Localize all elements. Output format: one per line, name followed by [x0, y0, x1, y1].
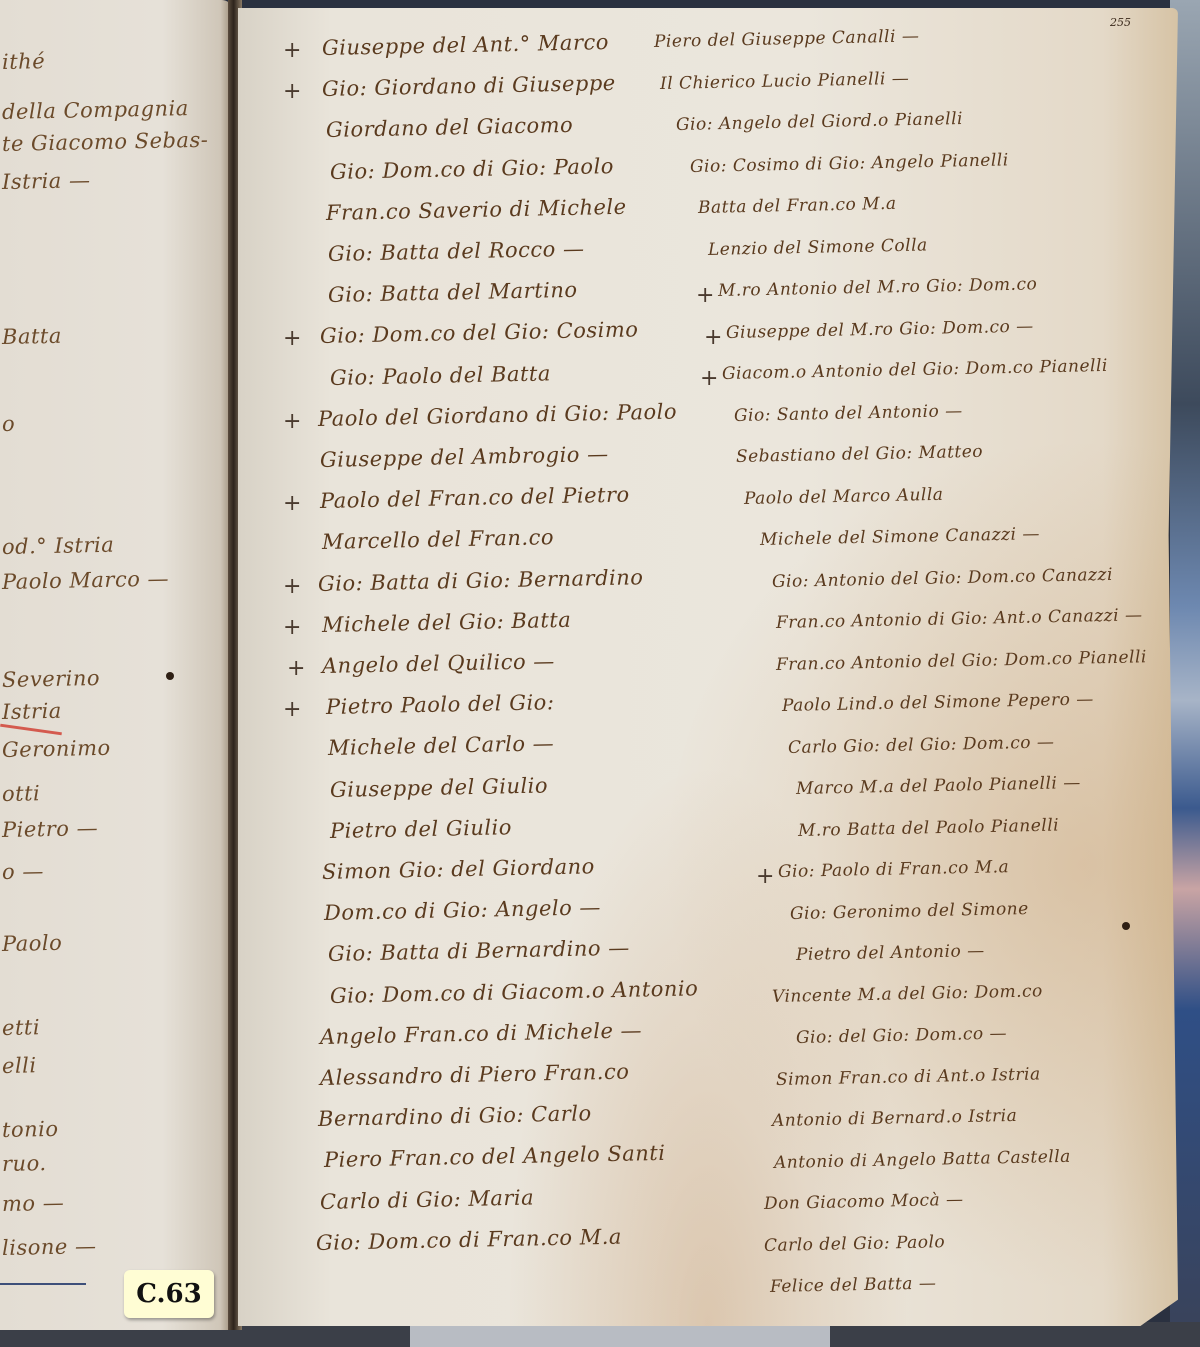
ink-blot: [166, 672, 174, 680]
name-entry: Pietro del Giulio: [330, 815, 512, 843]
left-page-line: te Giacomo Sebas-: [2, 128, 209, 156]
cross-mark-icon: +: [283, 79, 301, 104]
left-page-line: Pietro —: [2, 816, 99, 842]
cross-mark-icon: +: [696, 283, 714, 308]
cross-mark-icon: +: [756, 864, 774, 889]
left-page-line: Paolo: [2, 931, 63, 956]
left-page-line: ruo.: [2, 1151, 47, 1176]
shelf-label: C.63: [124, 1270, 214, 1318]
name-entry: Pietro del Antonio —: [796, 941, 985, 965]
name-entry: Batta del Fran.co M.a: [698, 194, 897, 218]
name-entry: Don Giacomo Mocà —: [764, 1190, 964, 1214]
left-page-line: Istria: [2, 699, 62, 724]
name-entry: Gio: Geronimo del Simone: [790, 899, 1029, 924]
left-page-line: Severino: [2, 666, 101, 692]
left-page-line: lisone —: [2, 1234, 97, 1260]
left-page-line: Batta: [2, 324, 62, 349]
name-entry: Angelo del Quilico —: [322, 649, 555, 678]
left-page-line: elli: [2, 1053, 37, 1078]
background-card: [410, 1325, 830, 1347]
cross-mark-icon: +: [283, 409, 301, 434]
left-page-line: Istria —: [2, 168, 91, 194]
folio-number: 255: [1110, 16, 1131, 29]
left-page-line: tonio: [2, 1117, 59, 1142]
left-page-line: Paolo Marco —: [2, 567, 169, 594]
left-page-line: ithé: [2, 49, 46, 74]
cross-mark-icon: +: [283, 574, 301, 599]
cross-mark-icon: +: [287, 656, 305, 681]
name-entry: Michele del Gio: Batta: [322, 608, 572, 637]
name-entry: Paolo del Marco Aulla: [744, 484, 944, 508]
name-entry: Gio: Santo del Antonio —: [734, 401, 963, 426]
name-entry: Carlo del Gio: Paolo: [764, 1232, 946, 1256]
cross-mark-icon: +: [283, 491, 301, 516]
left-page-line: etti: [2, 1015, 41, 1040]
name-entry: Lenzio del Simone Colla: [708, 235, 928, 260]
cross-mark-icon: +: [700, 366, 718, 391]
left-page-line: della Compagnia: [2, 96, 189, 124]
name-entry: Carlo di Gio: Maria: [320, 1185, 535, 1213]
cross-mark-icon: +: [283, 38, 301, 63]
left-page-line: mo —: [2, 1191, 65, 1216]
name-entry: Pietro Paolo del Gio:: [326, 690, 555, 719]
shelf-label-text: C.63: [136, 1279, 201, 1309]
left-page-line: otti: [2, 781, 41, 806]
blue-rule: [0, 1283, 86, 1285]
ink-blot: [1122, 922, 1130, 930]
cross-mark-icon: +: [704, 325, 722, 350]
left-page-line: Geronimo: [2, 736, 111, 762]
cross-mark-icon: +: [283, 615, 301, 640]
name-entry: Felice del Batta —: [770, 1274, 937, 1297]
name-entry: Gio: Paolo del Batta: [330, 361, 551, 390]
left-page-line: o: [2, 412, 16, 436]
left-page-line: od.° Istria: [2, 533, 115, 559]
name-entry: Giuseppe del Giulio: [330, 773, 549, 802]
left-page-line: o —: [2, 859, 44, 884]
cross-mark-icon: +: [283, 697, 301, 722]
cross-mark-icon: +: [283, 326, 301, 351]
